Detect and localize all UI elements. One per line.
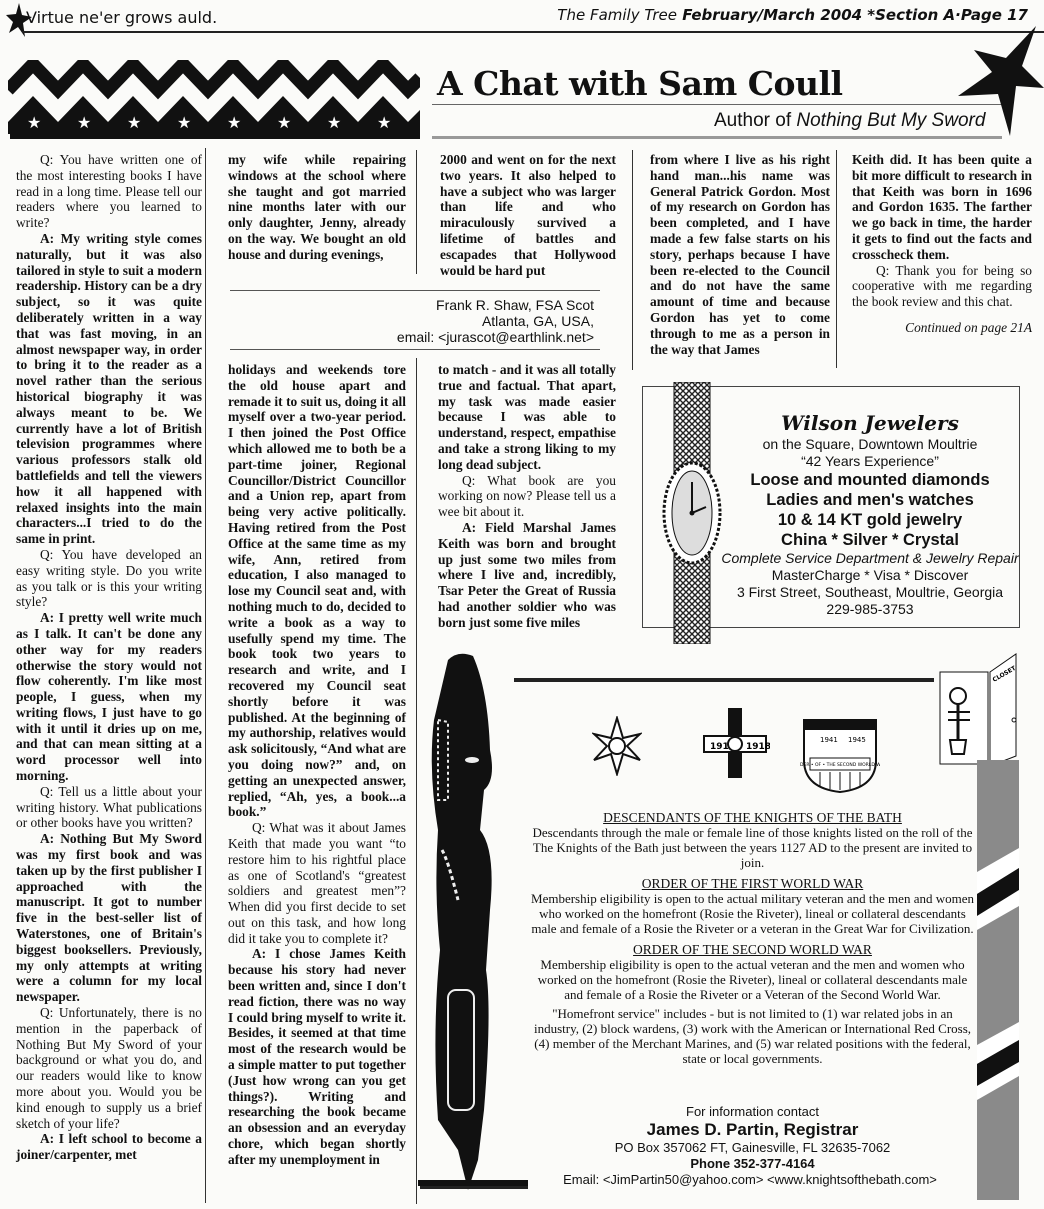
jewelers-address: 3 First Street, Southeast, Moultrie, Geo… [700,584,1040,601]
question-paragraph: Q: You have developed an easy writing st… [16,547,202,610]
article-column-3-bottom: to match - and it was all totally true a… [438,362,616,631]
answer-paragraph: A: I chose James Keith because his story… [228,946,406,1167]
question-paragraph: Q: You have written one of the most inte… [16,152,202,231]
column-5-paragraphs: Keith did. It has been quite a bit more … [852,152,1032,310]
knights-body-1: Descendants through the male or female l… [530,825,975,870]
byline-email[interactable]: email: <jurascot@earthlink.net> [230,329,594,345]
byline: Frank R. Shaw, FSA Scot Atlanta, GA, USA… [230,290,600,350]
answer-paragraph: A: I pretty well write much as I talk. I… [16,610,202,784]
first-world-war-cross-emblem-icon: 1917 1918 [700,708,770,778]
column-rule [836,150,837,368]
article-subtitle: Author of Nothing But My Sword [714,110,985,132]
knights-ad: DESCENDANTS OF THE KNIGHTS OF THE BATH D… [530,810,975,1066]
contact-address: PO Box 357062 FT, Gainesville, FL 32635-… [530,1140,975,1156]
issue-line: The Family Tree February/March 2004 *Sec… [557,6,1028,24]
jewelers-line-4: China * Silver * Crystal [700,530,1040,550]
jewelers-line-3: 10 & 14 KT gold jewelry [700,510,1040,530]
chevron-stars-banner: ★ ★ ★ ★ ★ ★ ★ ★ [8,60,420,138]
answer-paragraph: to match - and it was all totally true a… [438,362,616,473]
answer-paragraph: from where I live as his right hand man.… [650,152,830,357]
jewelers-brand: Wilson Jewelers [700,410,1040,436]
svg-text:1941: 1941 [820,736,838,744]
jewelers-phone: 229-985-3753 [700,601,1040,618]
answer-paragraph: A: My writing style comes naturally, but… [16,231,202,547]
jewelers-line-1: Loose and mounted diamonds [700,470,1040,490]
contact-name: James D. Partin, Registrar [530,1120,975,1140]
jewelers-cards: MasterCharge * Visa * Discover [700,567,1040,584]
question-paragraph: Q: What book are you working on now? Ple… [438,473,616,520]
svg-text:1945: 1945 [848,736,866,744]
svg-text:★: ★ [177,113,191,132]
question-paragraph: Q: Unfortunately, there is no mention in… [16,1005,202,1131]
article-column-4: from where I live as his right hand man.… [650,152,830,357]
column-rule [416,358,417,1204]
article-title: A Chat with Sam Coull [437,64,843,103]
column-rule [416,150,417,274]
answer-paragraph: Keith did. It has been quite a bit more … [852,152,1032,263]
question-paragraph: Q: Thank you for being so cooperative wi… [852,263,1032,310]
masthead: Virtue ne'er grows auld. The Family Tree… [0,0,1044,36]
issue-info: February/March 2004 *Section A·Page 17 [682,6,1028,24]
knights-contact: For information contact James D. Partin,… [530,1104,975,1172]
continued-note[interactable]: Continued on page 21A [852,320,1032,336]
title-rule [432,104,1002,105]
answer-paragraph: A: Field Marshal James Keith was born an… [438,520,616,631]
svg-text:★: ★ [327,113,341,132]
subtitle-rule [432,136,1002,139]
contact-phone: Phone 352-377-4164 [530,1156,975,1172]
jewelers-tagline: “42 Years Experience” [700,453,1040,470]
svg-text:★: ★ [377,113,391,132]
paragraph: 2000 and went on for the next two years.… [440,152,616,278]
answer-paragraph: holidays and weekends tore the old house… [228,362,406,820]
jewelers-service: Complete Service Department & Jewelry Re… [700,550,1040,567]
byline-name: Frank R. Shaw, FSA Scot [230,297,594,313]
svg-text:★: ★ [77,113,91,132]
knights-body-2: Membership eligibility is open to the ac… [530,891,975,936]
skeleton-in-closet-icon: CLOSET [930,650,1022,768]
publication-name: The Family Tree [557,6,677,24]
masthead-rule [22,31,1044,33]
large-star-icon [956,26,1044,136]
order-of-bath-star-emblem-icon [592,716,642,776]
knights-body-3: Membership eligibility is open to the ac… [530,957,975,1002]
column-rule [205,148,206,1203]
svg-text:ORDER • OF • THE SECOND WORLD: ORDER • OF • THE SECOND WORLD WAR [800,762,880,768]
answer-paragraph: A: Nothing But My Sword was my first boo… [16,831,202,1005]
article-column-5: Keith did. It has been quite a bit more … [852,152,1032,336]
article-column-2-bottom: holidays and weekends tore the old house… [228,362,406,1168]
second-world-war-shield-emblem-icon: 1941 1945 ORDER • OF • THE SECOND WORLD … [800,714,880,794]
decorative-stripe-bar [975,760,1021,1200]
knights-heading-1: DESCENDANTS OF THE KNIGHTS OF THE BATH [530,810,975,825]
question-paragraph: Q: What was it about James Keith that ma… [228,820,406,946]
article-column-2-top: my wife while repairing windows at the s… [228,152,406,263]
svg-text:★: ★ [277,113,291,132]
subtitle-prefix: Author of [714,110,796,131]
svg-text:1918: 1918 [746,742,770,752]
answer-paragraph: A: I left school to become a joiner/carp… [16,1131,202,1163]
homefront-note: "Homefront service" includes - but is no… [530,1006,975,1066]
jewelers-ad: Wilson Jewelers on the Square, Downtown … [700,410,1040,618]
contact-email-link[interactable]: Email: <JimPartin50@yahoo.com> <www.knig… [520,1172,980,1187]
byline-location: Atlanta, GA, USA, [230,313,594,329]
svg-text:★: ★ [127,113,141,132]
contact-intro: For information contact [530,1104,975,1120]
svg-text:★: ★ [227,113,241,132]
jewelers-location: on the Square, Downtown Moultrie [700,436,1040,453]
paragraph: my wife while repairing windows at the s… [228,152,406,263]
knights-heading-3: ORDER OF THE SECOND WORLD WAR [530,942,975,957]
jewelers-line-2: Ladies and men's watches [700,490,1040,510]
bottom-rule [420,1186,528,1189]
svg-text:★: ★ [27,113,41,132]
column-rule [632,150,633,370]
motto: Virtue ne'er grows auld. [26,8,217,27]
knights-heading-2: ORDER OF THE FIRST WORLD WAR [530,876,975,891]
article-column-1: Q: You have written one of the most inte… [16,152,202,1163]
question-paragraph: Q: Tell us a little about your writing h… [16,784,202,831]
carved-figure-illustration-icon [418,650,528,1190]
article-column-3-top: 2000 and went on for the next two years.… [440,152,616,278]
arrow-rule [514,678,934,682]
banner-rule [10,134,420,139]
